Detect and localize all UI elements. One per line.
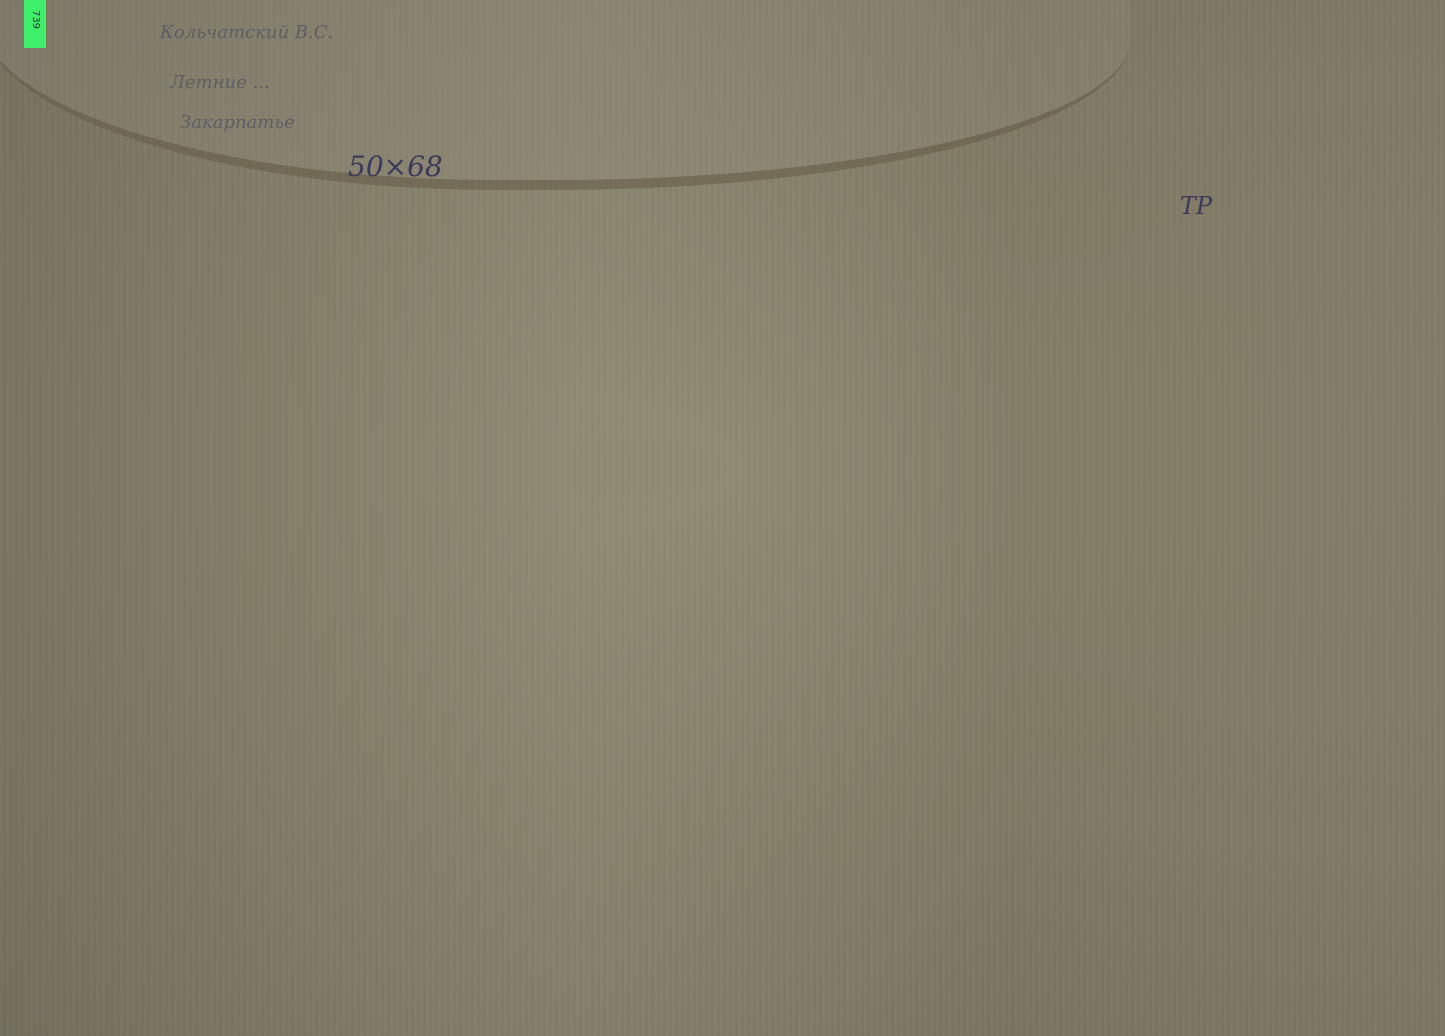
- size-note: 50×68: [348, 150, 443, 183]
- sticker-number: 739: [30, 10, 41, 29]
- ink-mark: ТР: [1180, 192, 1212, 220]
- pencil-title: Летние ...: [170, 72, 270, 93]
- pencil-artist-name: Кольчатский В.С.: [160, 22, 333, 43]
- pencil-place: Закарпатье: [180, 112, 295, 133]
- inventory-sticker: 739: [24, 0, 46, 48]
